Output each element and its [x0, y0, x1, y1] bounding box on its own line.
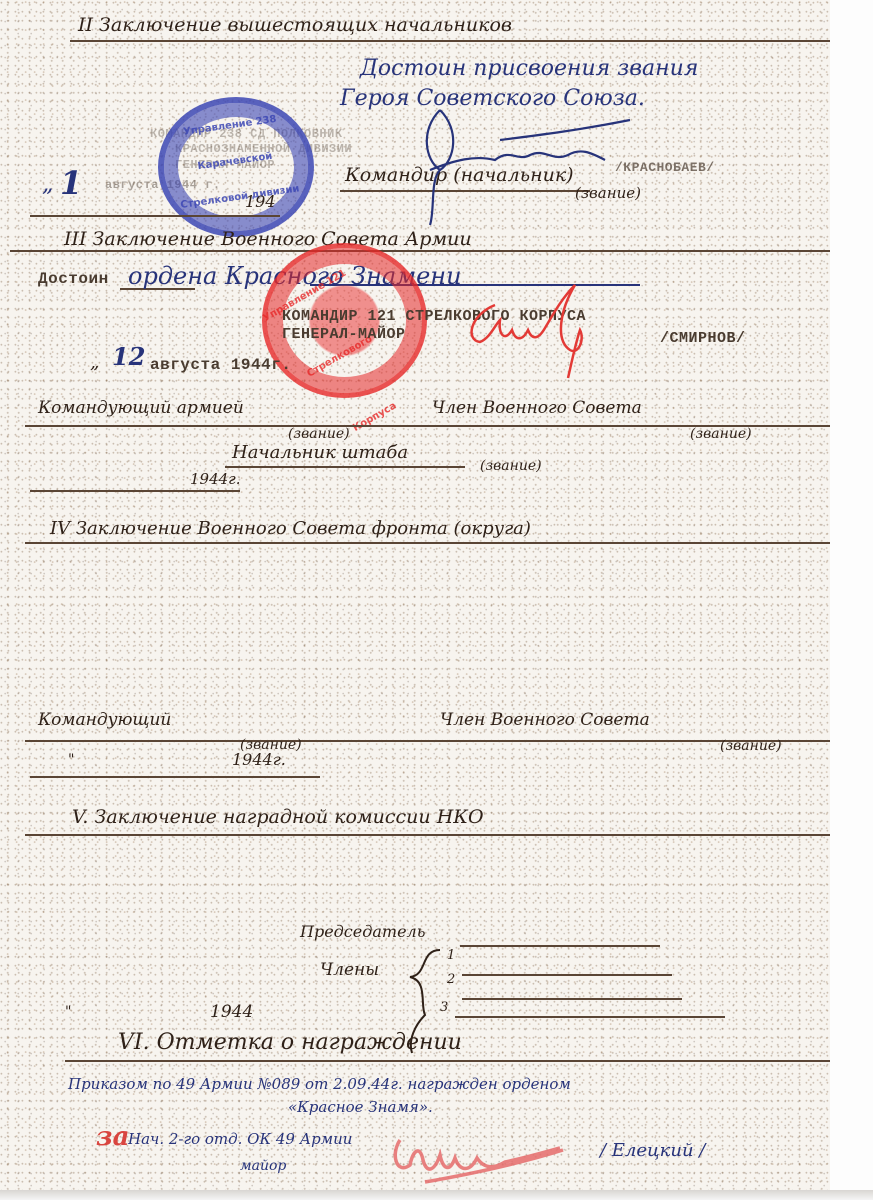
section4-signature-line — [25, 740, 830, 742]
section2-date-underline — [30, 215, 280, 217]
section2-heading: II Заключение вышестоящих начальников — [78, 14, 512, 36]
section3-rank-label-1: (звание) — [288, 426, 350, 442]
section6-order-line1: Приказом по 49 Армии №089 от 2.09.44г. н… — [68, 1075, 571, 1093]
section6-signer-name: / Елецкий / — [600, 1140, 705, 1161]
section2-heading-underline — [70, 40, 830, 42]
section3-date-open-quote: „ — [90, 352, 99, 373]
section4-commander-label: Командующий — [38, 710, 171, 730]
section5-date-year: 1944 — [210, 1002, 253, 1022]
division-stamp-text: Управление 238 Карачевской Стрелковой ди… — [163, 99, 307, 224]
section3-chief-of-staff-label: Начальник штаба — [232, 442, 408, 463]
section2-date-day: 1 — [60, 164, 82, 202]
section5-chairman-line — [460, 945, 660, 947]
section5-member-number-3: 3 — [440, 1000, 448, 1015]
section4-date-underline — [30, 776, 320, 778]
section4-date-open-quote: " — [68, 752, 74, 768]
section3-chief-underline — [225, 466, 465, 468]
section5-member-number-1: 1 — [447, 948, 455, 963]
section4-heading-underline — [25, 542, 830, 544]
section5-member-number-2: 2 — [447, 972, 455, 987]
section3-army-commander-label: Командующий армией — [38, 398, 244, 418]
section6-red-signature — [385, 1120, 575, 1190]
section3-rank-label-3: (звание) — [480, 458, 542, 474]
section6-signer-title-line1: Нач. 2-го отд. ОК 49 Армии — [128, 1130, 352, 1148]
section2-conclusion-line1: Достоин присвоения звания — [360, 56, 698, 81]
section3-date-day: 12 — [112, 342, 145, 371]
section4-council-member-label: Член Военного Совета — [440, 710, 650, 730]
section5-member-line-3 — [455, 1016, 725, 1018]
section5-heading-underline — [25, 834, 830, 836]
section6-heading: VI. Отметка о награждении — [118, 1030, 462, 1055]
section4-date-year: 1944г. — [232, 750, 286, 769]
section3-heading: III Заключение Военного Совета Армии — [64, 228, 472, 250]
section3-date-year: 1944г. — [190, 470, 241, 488]
section3-council-member-label: Член Военного Совета — [432, 398, 642, 418]
section5-member-line-1 — [462, 974, 672, 976]
section5-member-line-2 — [462, 998, 682, 1000]
section6-signer-title-line2: майор — [240, 1158, 286, 1174]
section3-date-underline — [30, 490, 240, 492]
section4-heading: IV Заключение Военного Совета фронта (ок… — [50, 518, 531, 539]
section3-signature — [450, 270, 620, 380]
section3-typed-name: /СМИРНОВ/ — [660, 330, 746, 347]
section6-order-line2: «Красное Знамя». — [288, 1098, 433, 1116]
section2-date-quote: „ — [42, 172, 53, 197]
section5-date-open-quote: " — [65, 1004, 71, 1020]
section5-chairman-label: Председатель — [300, 922, 425, 941]
section3-heading-underline — [10, 250, 830, 252]
section5-heading: V. Заключение наградной комиссии НКО — [72, 806, 484, 828]
section3-typed-title-2: ГЕНЕРАЛ-МАЙОР — [282, 326, 406, 343]
section3-rank-label-2: (звание) — [690, 426, 752, 442]
section5-members-label: Члены — [320, 960, 379, 980]
section6-signer-red-prefix: за — [96, 1122, 129, 1152]
section2-date-year: 194 — [245, 192, 276, 211]
section3-worthy-label: Достоин — [38, 270, 109, 288]
scan-edge — [0, 1190, 873, 1200]
section2-signature — [400, 100, 660, 230]
section3-date-month-year: августа 1944г. — [150, 356, 291, 374]
document-page: II Заключение вышестоящих начальников До… — [0, 0, 830, 1190]
section6-heading-underline — [65, 1060, 830, 1062]
section4-rank-label-2: (звание) — [720, 738, 782, 754]
